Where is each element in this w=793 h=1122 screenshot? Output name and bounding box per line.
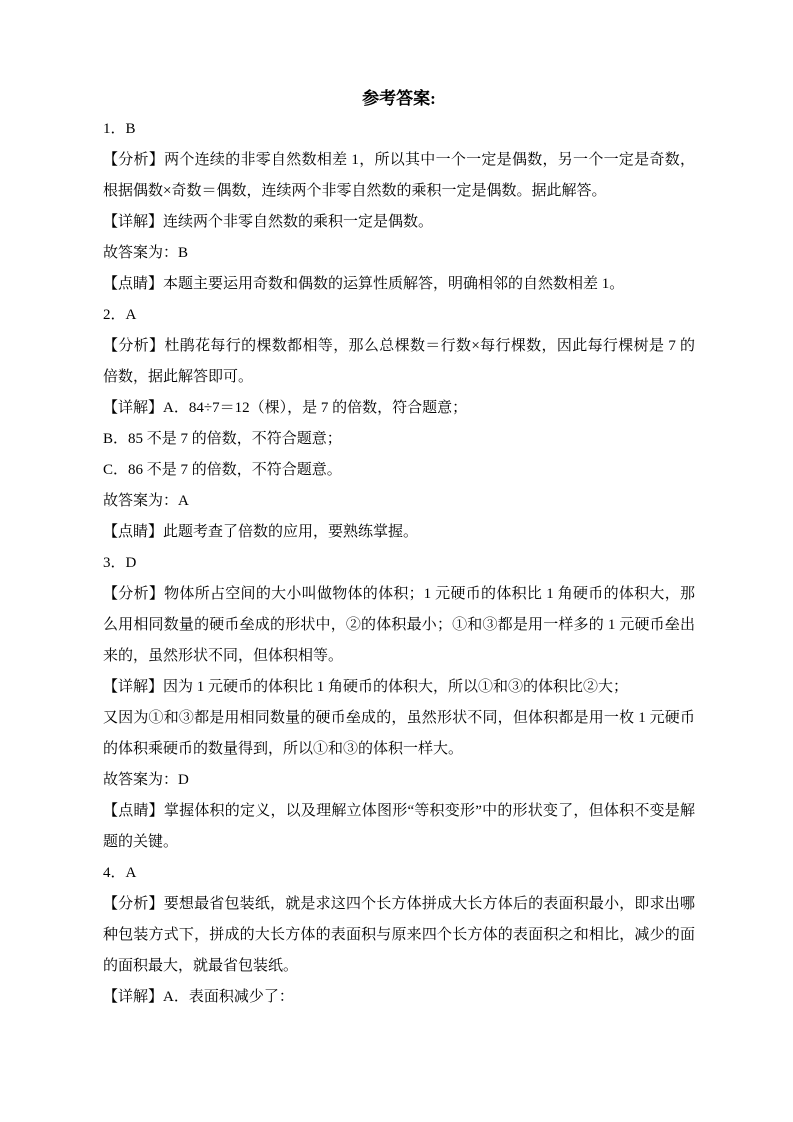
answers-list: 1．B【分析】两个连续的非零自然数相差 1，所以其中一个一定是偶数，另一个一定是…	[103, 114, 695, 1013]
option-paragraph: C．86 不是 7 的倍数，不符合题意。	[103, 455, 695, 486]
document-title: 参考答案:	[103, 83, 695, 114]
detail-paragraph: 【详解】因为 1 元硬币的体积比 1 角硬币的体积大，所以①和③的体积比②大；	[103, 672, 695, 703]
conclusion-paragraph: 故答案为：D	[103, 765, 695, 796]
detail-paragraph: 【详解】A．84÷7＝12（棵），是 7 的倍数，符合题意；	[103, 393, 695, 424]
answer-number-line: 1．B	[103, 114, 695, 145]
answer-key-page: 参考答案: 1．B【分析】两个连续的非零自然数相差 1，所以其中一个一定是偶数，…	[0, 0, 793, 1122]
detail-paragraph: 【详解】连续两个非零自然数的乘积一定是偶数。	[103, 207, 695, 238]
option-paragraph: B．85 不是 7 的倍数，不符合题意；	[103, 424, 695, 455]
answer-number-line: 3．D	[103, 548, 695, 579]
note-paragraph: 【点睛】本题主要运用奇数和偶数的运算性质解答，明确相邻的自然数相差 1。	[103, 269, 695, 300]
analysis-paragraph: 【分析】要想最省包装纸，就是求这四个长方体拼成大长方体后的表面积最小，即求出哪种…	[103, 889, 695, 982]
analysis-paragraph: 【分析】物体所占空间的大小叫做物体的体积；1 元硬币的体积比 1 角硬币的体积大…	[103, 579, 695, 672]
detail-paragraph: 又因为①和③都是用相同数量的硬币垒成的，虽然形状不同，但体积都是用一枚 1 元硬…	[103, 703, 695, 765]
detail-paragraph: 【详解】A．表面积减少了：	[103, 982, 695, 1013]
analysis-paragraph: 【分析】杜鹃花每行的棵数都相等，那么总棵数＝行数×每行棵数，因此每行棵树是 7 …	[103, 331, 695, 393]
note-paragraph: 【点睛】此题考查了倍数的应用，要熟练掌握。	[103, 517, 695, 548]
answer-number-line: 2．A	[103, 300, 695, 331]
conclusion-paragraph: 故答案为：A	[103, 486, 695, 517]
note-paragraph: 【点睛】掌握体积的定义，以及理解立体图形“等积变形”中的形状变了，但体积不变是解…	[103, 796, 695, 858]
conclusion-paragraph: 故答案为：B	[103, 238, 695, 269]
analysis-paragraph: 【分析】两个连续的非零自然数相差 1，所以其中一个一定是偶数，另一个一定是奇数，…	[103, 145, 695, 207]
answer-number-line: 4．A	[103, 858, 695, 889]
